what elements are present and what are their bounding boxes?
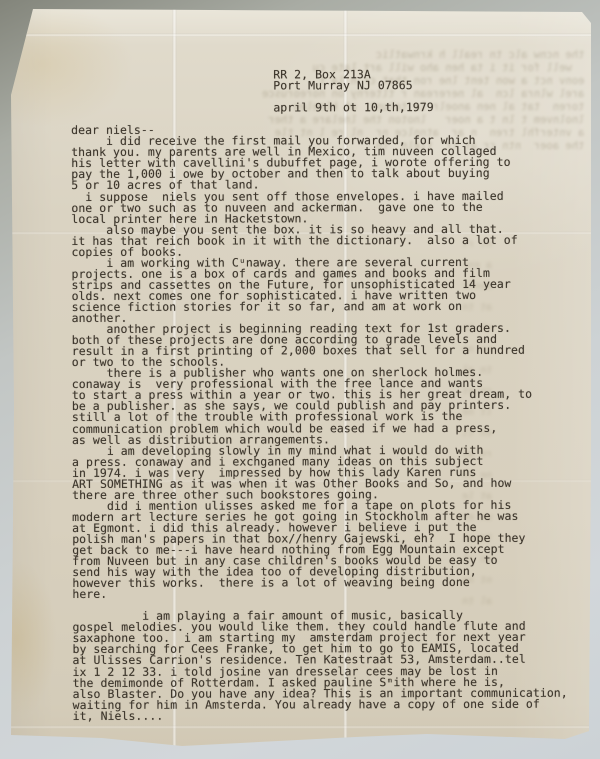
letter-text: RR 2, Box 213A Port Murray NJ 07865 apri…: [64, 69, 568, 722]
fold-crease-top-flap: [7, 33, 593, 37]
letter-paper: the ncnw alc tn reall h krnwatlic well f…: [7, 9, 593, 747]
fold-crease-bottom: [7, 725, 593, 729]
